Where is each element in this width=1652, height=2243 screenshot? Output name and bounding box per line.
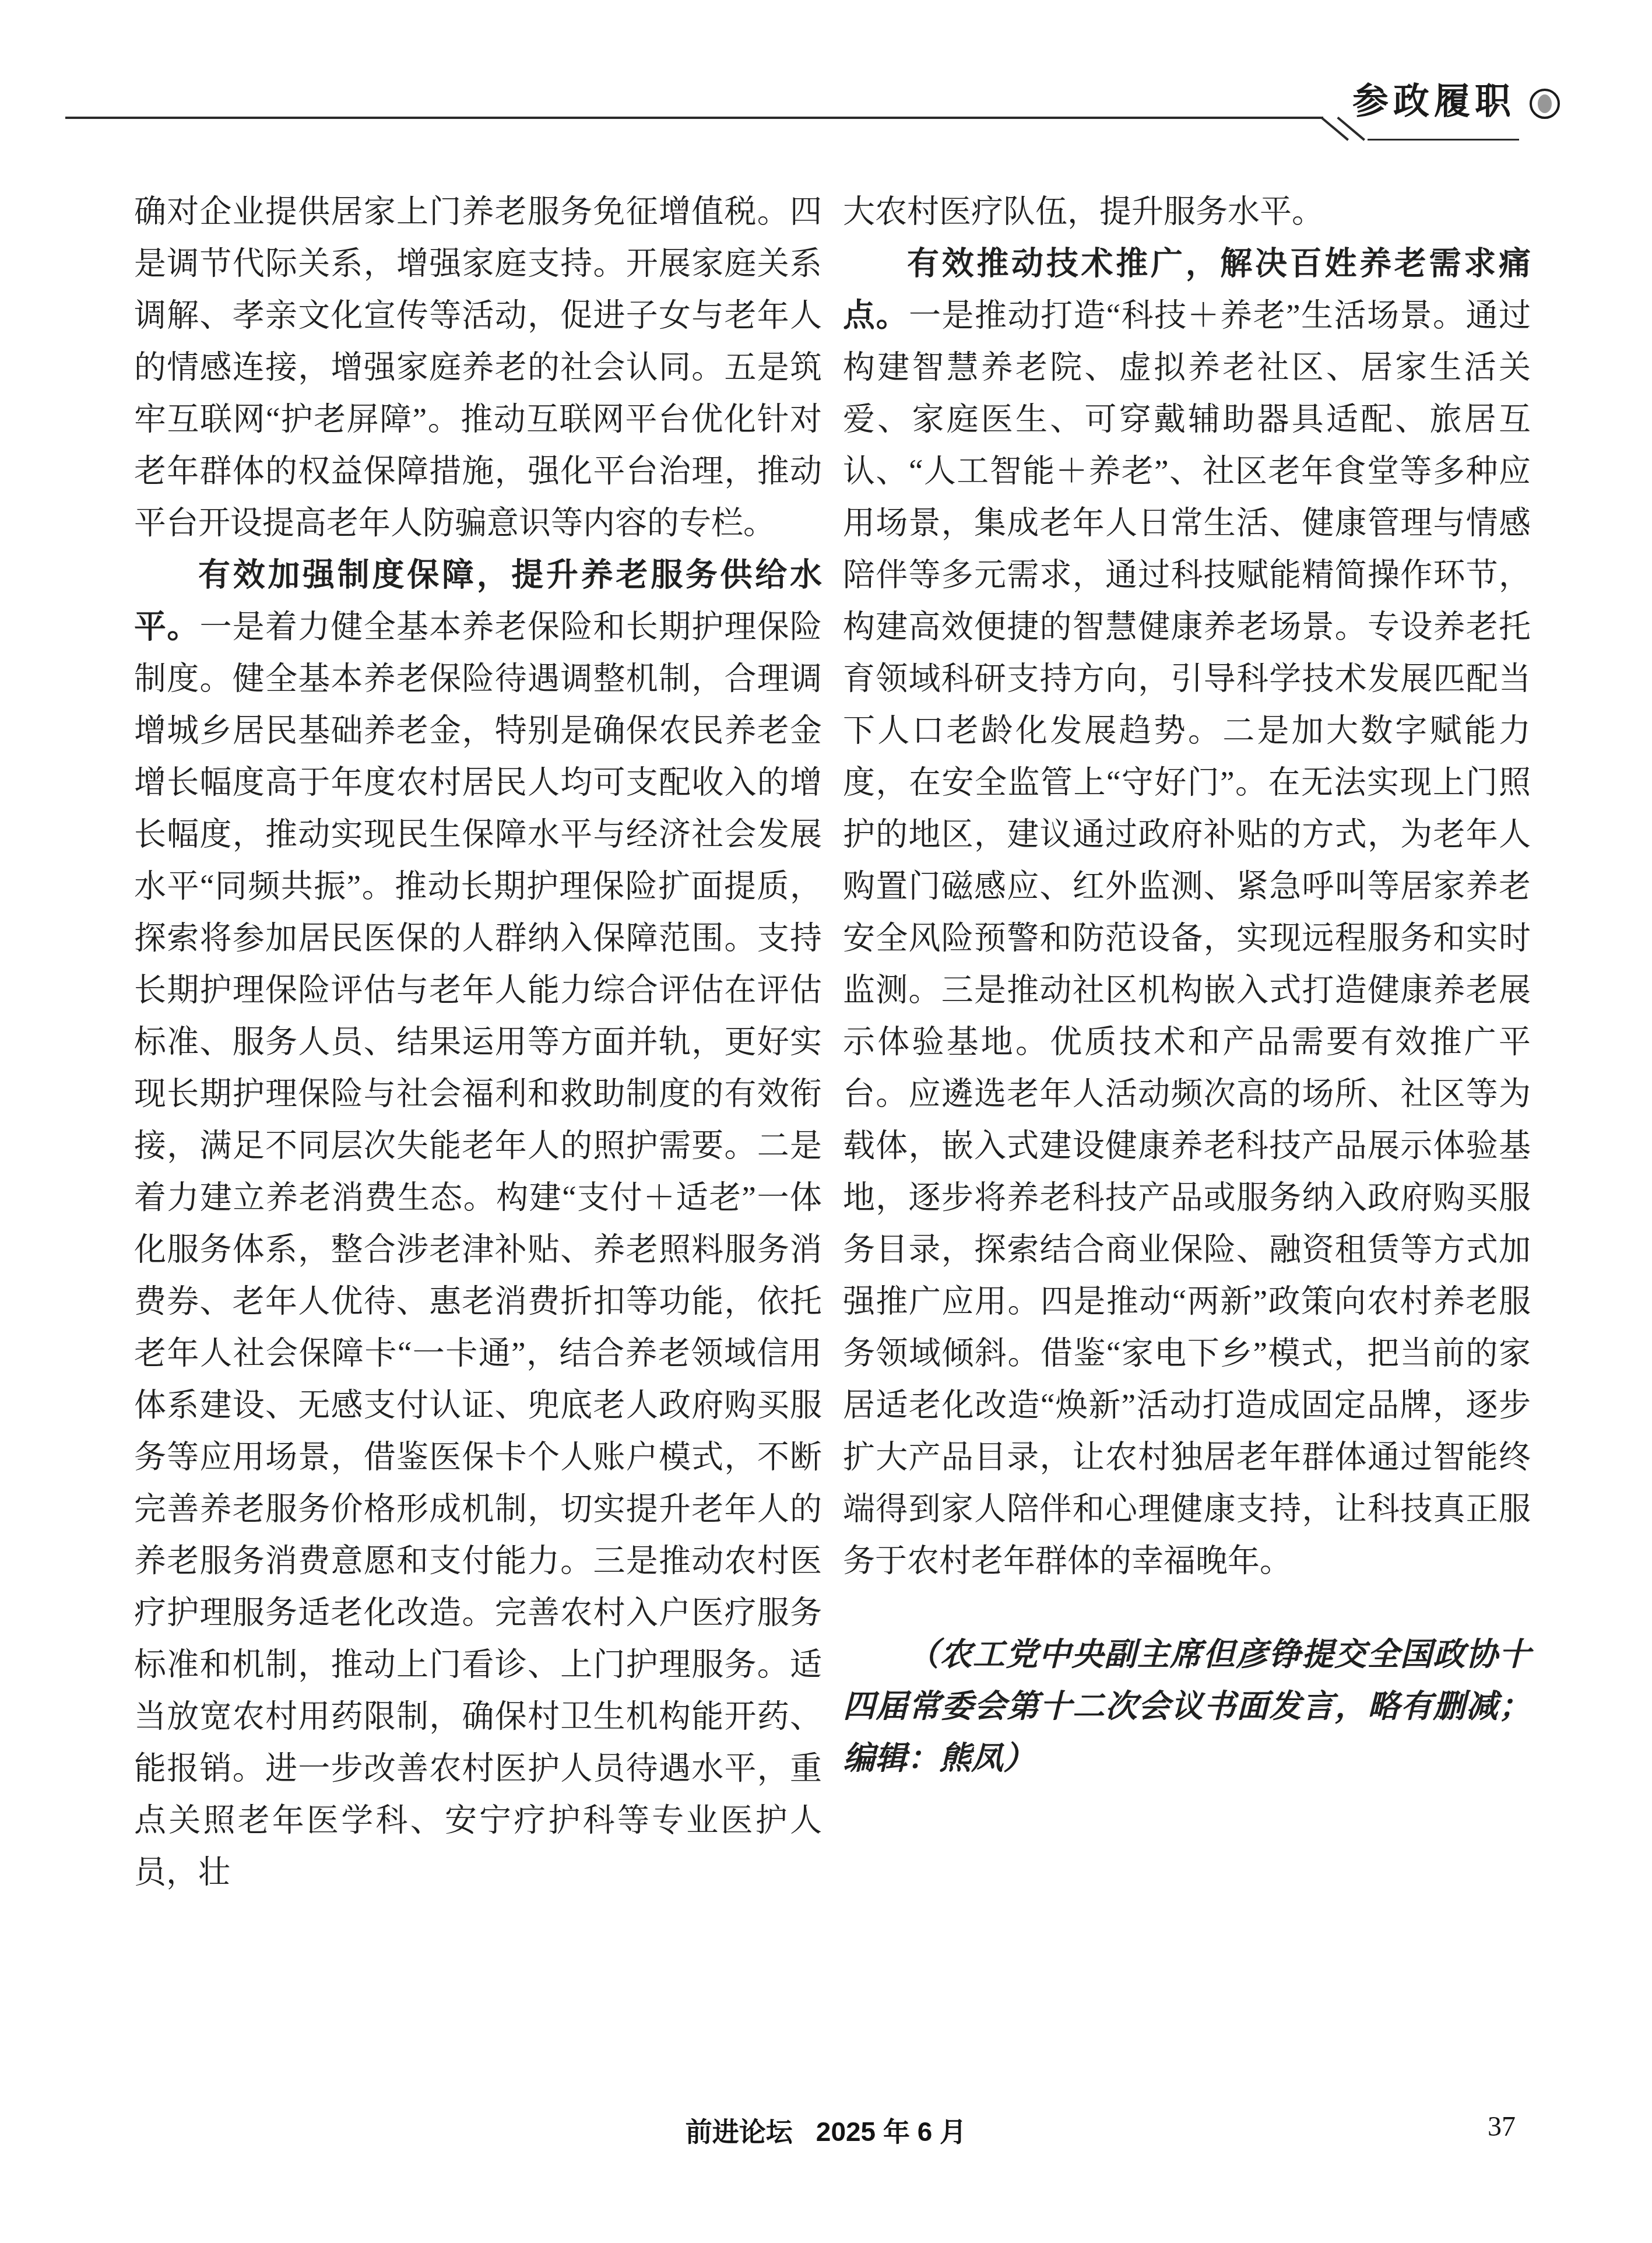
header-divider-short-line bbox=[1368, 139, 1519, 141]
paragraph: 有效推动技术推广，解决百姓养老需求痛点。一是推动打造“科技＋养老”生活场景。通过… bbox=[843, 237, 1531, 1586]
paragraph-continuation: 确对企业提供居家上门养老服务免征增值税。四是调节代际关系，增强家庭支持。开展家庭… bbox=[134, 185, 822, 549]
footer-journal-line: 前进论坛2025 年 6 月 bbox=[0, 2111, 1652, 2149]
paragraph: 有效加强制度保障，提升养老服务供给水平。一是着力健全基本养老保险和长期护理保险制… bbox=[134, 549, 822, 1898]
bullseye-dot bbox=[1538, 94, 1552, 113]
paragraph-continuation: 大农村医疗队伍，提升服务水平。 bbox=[843, 185, 1531, 237]
page-number: 37 bbox=[1488, 2111, 1516, 2143]
header-divider-line bbox=[65, 117, 1323, 119]
attribution-note: （农工党中央副主席但彦铮提交全国政协十四届常委会第十二次会议书面发言，略有删减；… bbox=[843, 1628, 1531, 1784]
magazine-page: 参政履职 确对企业提供居家上门养老服务免征增值税。四是调节代际关系，增强家庭支持… bbox=[0, 0, 1652, 2243]
section-title: 参政履职 bbox=[1352, 84, 1516, 120]
journal-name: 前进论坛 bbox=[686, 2116, 793, 2147]
paragraph-text: 一是推动打造“科技＋养老”生活场景。通过构建智慧养老院、虚拟养老社区、居家生活关… bbox=[843, 297, 1531, 1578]
paragraph-text: 一是着力健全基本养老保险和长期护理保险制度。健全基本养老保险待遇调整机制，合理调… bbox=[134, 609, 822, 1890]
header-divider-slash-left bbox=[1320, 117, 1349, 141]
column-left: 确对企业提供居家上门养老服务免征增值税。四是调节代际关系，增强家庭支持。开展家庭… bbox=[134, 185, 822, 1898]
issue-date: 2025 年 6 月 bbox=[816, 2116, 966, 2147]
bullseye-icon bbox=[1530, 89, 1560, 119]
column-right: 大农村医疗队伍，提升服务水平。 有效推动技术推广，解决百姓养老需求痛点。一是推动… bbox=[843, 185, 1531, 1784]
